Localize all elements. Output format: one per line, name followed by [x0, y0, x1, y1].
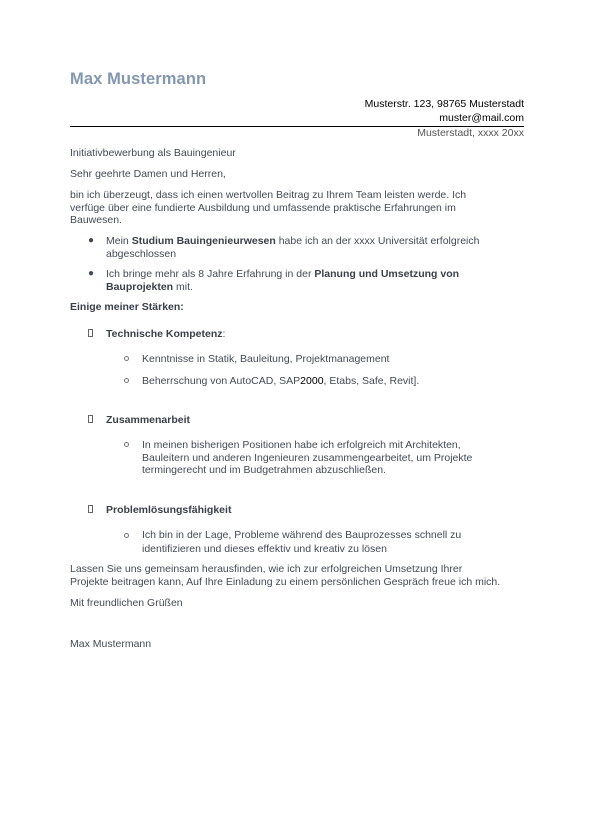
list-item: Ich bringe mehr als 8 Jahre Erfahrung in… [106, 268, 459, 293]
list-item: Kenntnisse in Statik, Bauleitung, Projek… [142, 353, 389, 366]
strengths-heading: Einige meiner Stärken: [70, 301, 184, 314]
square-bullet-icon [88, 415, 93, 423]
signature: Max Mustermann [70, 638, 151, 651]
place-date: Musterstadt, xxxx 20xx [417, 127, 524, 139]
bullet-dot-icon: ● [88, 235, 94, 246]
email: muster@mail.com [365, 112, 524, 126]
contact-block: Musterstr. 123, 98765 Musterstadt muster… [365, 98, 524, 125]
salutation: Sehr geehrte Damen und Herren, [70, 168, 226, 181]
applicant-name: Max Mustermann [70, 70, 206, 89]
list-item: Beherrschung von AutoCAD, SAP2000, Etabs… [142, 375, 419, 388]
intro-paragraph: bin ich überzeugt, dass ich einen wertvo… [70, 189, 466, 227]
list-item: In meinen bisherigen Positionen habe ich… [142, 439, 472, 477]
strength-title: Zusammenarbeit [106, 414, 190, 427]
closing-paragraph: Lassen Sie uns gemeinsam herausfinden, w… [70, 563, 500, 588]
circle-bullet-icon [124, 442, 129, 447]
circle-bullet-icon [124, 533, 129, 538]
circle-bullet-icon [124, 356, 129, 361]
regards: Mit freundlichen Grüßen [70, 597, 183, 610]
circle-bullet-icon [124, 378, 129, 383]
square-bullet-icon [88, 329, 93, 337]
subject-line: Initiativbewerbung als Bauingenieur [70, 147, 236, 160]
bullet-dot-icon: ● [88, 268, 94, 279]
list-item: Ich bin in der Lage, Probleme während de… [142, 529, 461, 555]
document-page: Max Mustermann Musterstr. 123, 98765 Mus… [0, 0, 596, 840]
list-item: Mein Studium Bauingenieurwesen habe ich … [106, 235, 479, 260]
strength-title: Technische Kompetenz: [106, 328, 225, 341]
strength-title: Problemlösungsfähigkeit [106, 504, 231, 517]
address: Musterstr. 123, 98765 Musterstadt [365, 98, 524, 112]
square-bullet-icon [88, 505, 93, 513]
